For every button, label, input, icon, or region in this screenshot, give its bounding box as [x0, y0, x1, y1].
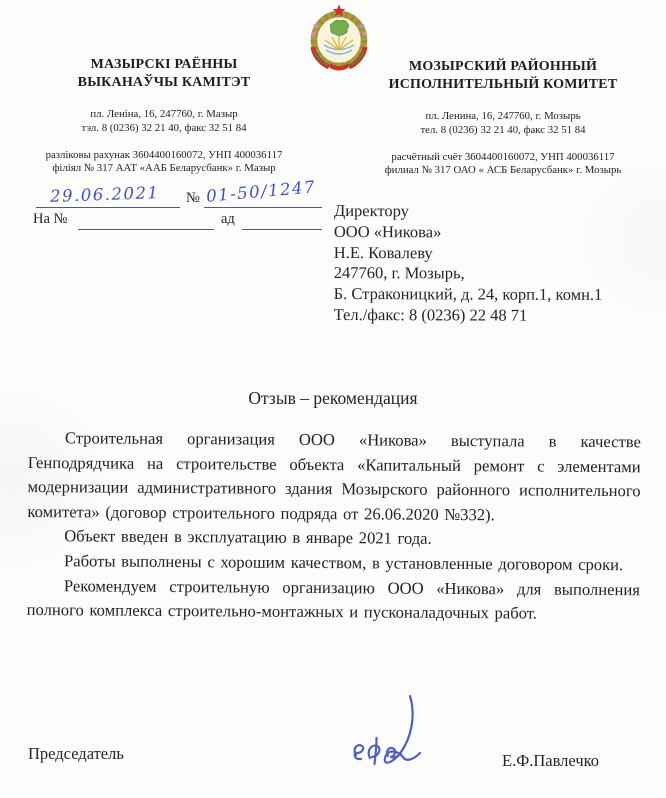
addressee-phone: Тел./факс: 8 (0236) 22 48 71 — [334, 305, 654, 327]
letterhead-russian: МОЗЫРСКИЙ РАЙОННЫЙ ИСПОЛНИТЕЛЬНЫЙ КОМИТЕ… — [352, 58, 654, 178]
org-address-by: пл. Леніна, 16, 247760, г. Мазыр тэл. 8 … — [16, 108, 312, 136]
handwritten-date: 29.06.2021 — [50, 183, 160, 206]
document-title: Отзыв – рекомендация — [0, 388, 666, 409]
addressee-company: ООО «Никова» — [334, 222, 654, 244]
org-address-ru-line2: тел. 8 (0236) 32 21 40, факс 32 51 84 — [352, 124, 654, 138]
org-bank-ru-line1: расчётный счёт 3604400160072, УНП 400036… — [352, 151, 654, 165]
reply-number-blank-line — [78, 228, 214, 230]
org-bank-ru: расчётный счёт 3604400160072, УНП 400036… — [352, 151, 654, 179]
scanned-letter-page: МАЗЫРСКІ РАЁННЫ ВЫКАНАЎЧЫ КАМІТЭТ пл. Ле… — [0, 0, 666, 798]
reply-from-label: ад — [221, 211, 235, 228]
number-blank-line — [204, 206, 322, 208]
org-name-by: МАЗЫРСКІ РАЁННЫ ВЫКАНАЎЧЫ КАМІТЭТ — [16, 56, 312, 92]
org-bank-by-line1: разліковы рахунак 3604400160072, УНП 400… — [16, 149, 312, 163]
letterhead-belarusian: МАЗЫРСКІ РАЁННЫ ВЫКАНАЎЧЫ КАМІТЭТ пл. Ле… — [16, 56, 312, 176]
addressee-block: Директору ООО «Никова» Н.Е. Ковалеву 247… — [334, 201, 654, 327]
org-address-by-line1: пл. Леніна, 16, 247760, г. Мазыр — [16, 108, 312, 122]
org-name-ru: МОЗЫРСКИЙ РАЙОННЫЙ ИСПОЛНИТЕЛЬНЫЙ КОМИТЕ… — [352, 58, 654, 94]
org-address-by-line2: тэл. 8 (0236) 32 21 40, факс 32 51 84 — [16, 122, 312, 136]
date-blank-line — [36, 206, 180, 208]
addressee-street: Б. Страконицкий, д. 24, корп.1, комн.1 — [334, 284, 654, 306]
org-name-by-line1: МАЗЫРСКІ РАЁННЫ — [16, 56, 312, 74]
reply-date-blank-line — [242, 228, 322, 230]
signer-position-label: Председатель — [28, 744, 124, 764]
document-body: Строительная организация ООО «Никова» вы… — [27, 426, 641, 627]
org-address-ru-line1: пл. Ленина, 16, 247760, г. Мозырь — [352, 110, 654, 124]
org-name-by-line2: ВЫКАНАЎЧЫ КАМІТЭТ — [16, 74, 312, 92]
org-bank-by-line2: філіял № 317 ААТ «ААБ Беларусбанк» г. Ма… — [16, 162, 312, 176]
addressee-person: Н.Е. Ковалеву — [334, 243, 654, 265]
org-name-ru-line1: МОЗЫРСКИЙ РАЙОННЫЙ — [352, 58, 654, 76]
org-bank-by: разліковы рахунак 3604400160072, УНП 400… — [16, 149, 312, 177]
body-paragraph-4: Рекомендуем строительную организацию ООО… — [27, 574, 640, 627]
handwritten-outgoing-number: 01-50/1247 — [205, 177, 316, 206]
number-sign: № — [186, 190, 200, 207]
body-paragraph-1: Строительная организация ООО «Никова» вы… — [27, 426, 641, 529]
addressee-city: 247760, г. Мозырь, — [334, 263, 654, 285]
signer-name: Е.Ф.Павлечко — [502, 751, 599, 771]
org-name-ru-line2: ИСПОЛНИТЕЛЬНЫЙ КОМИТЕТ — [352, 76, 654, 94]
handwritten-signature-icon — [306, 682, 438, 790]
org-bank-ru-line2: филиал № 317 ОАО « АСБ Беларусбанк» г. М… — [352, 164, 654, 178]
addressee-role: Директору — [334, 201, 654, 223]
reply-to-label: На № — [33, 211, 67, 228]
org-address-ru: пл. Ленина, 16, 247760, г. Мозырь тел. 8… — [352, 110, 654, 138]
body-paragraph-3: Работы выполнены с хорошим качеством, в … — [27, 549, 640, 578]
